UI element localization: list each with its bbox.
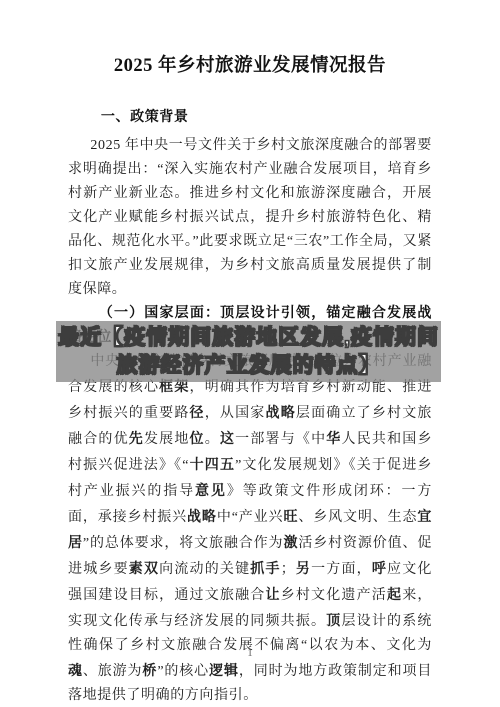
watermark-text: 最近【疫情期间旅游地区发展,疫情期间旅游经济产业发展的特点】 xyxy=(56,324,441,380)
document-page: 2025 年乡村旅游业发展情况报告 一、政策背景 2025 年中央一号文件关于乡… xyxy=(0,0,500,707)
page-number: 1 xyxy=(0,646,500,660)
page-title: 2025 年乡村旅游业发展情况报告 xyxy=(68,52,432,80)
paragraph-policy-intro: 2025 年中央一号文件关于乡村文旅深度融合的部署要求明确提出：“深入实施农村产… xyxy=(68,134,432,302)
watermark-overlay-banner: 最近【疫情期间旅游地区发展,疫情期间旅游经济产业发展的特点】 xyxy=(56,321,441,382)
section-heading: 一、政策背景 xyxy=(68,104,432,128)
